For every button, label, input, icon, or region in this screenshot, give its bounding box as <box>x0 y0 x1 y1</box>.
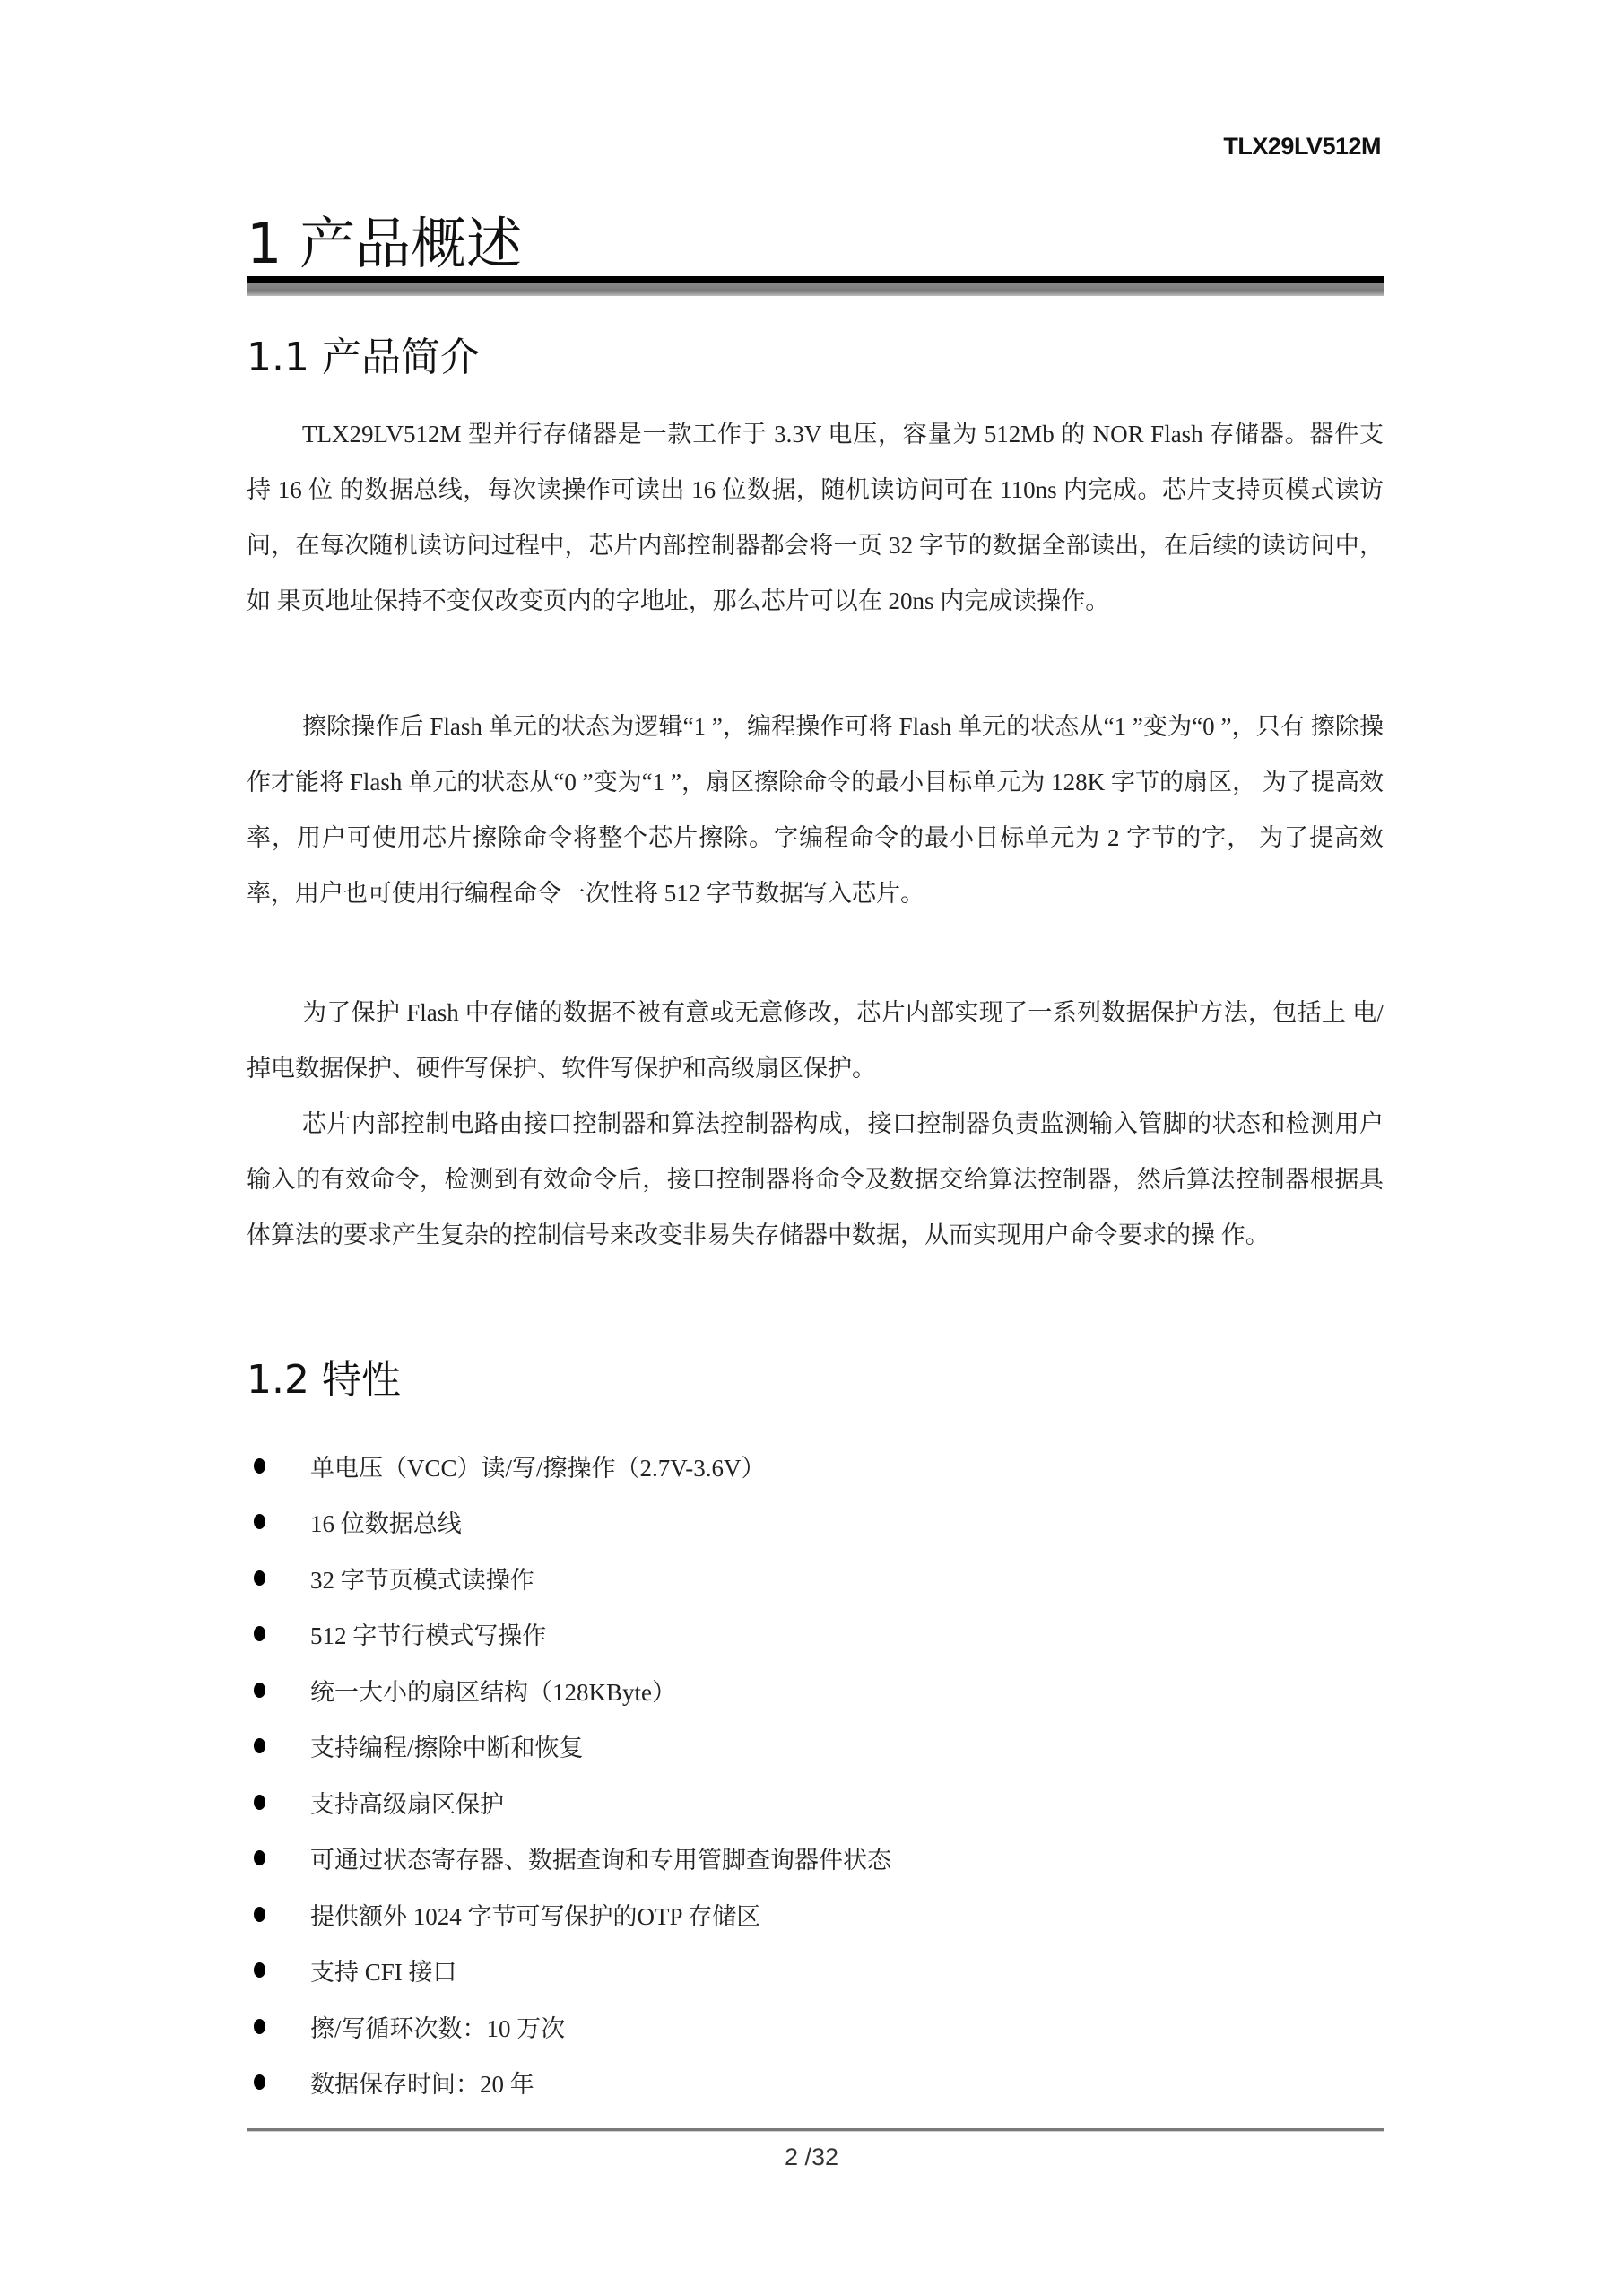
feature-list: 单电压（VCC）读/写/擦操作（2.7V-3.6V） 16 位数据总线 32 字… <box>247 1438 1384 2110</box>
bullet-icon <box>254 2019 265 2034</box>
bullet-icon <box>254 1683 265 1698</box>
bullet-icon <box>254 1514 265 1529</box>
section-title-intro: 1.1 产品简介 <box>247 325 480 382</box>
intro-paragraph: 芯片内部控制电路由接口控制器和算法控制器构成，接口控制器负责监测输入管脚的状态和… <box>247 1096 1384 1263</box>
feature-text: 512 字节行模式写操作 <box>310 1616 546 1651</box>
bullet-icon <box>254 1850 265 1865</box>
feature-item: 支持编程/擦除中断和恢复 <box>247 1718 1384 1775</box>
header-model-name: TLX29LV512M <box>1223 133 1381 161</box>
feature-text: 支持高级扇区保护 <box>310 1785 504 1820</box>
footer-divider <box>247 2128 1384 2131</box>
bullet-icon <box>254 1570 265 1586</box>
chapter-divider <box>247 276 1384 301</box>
feature-text: 提供额外 1024 字节可写保护的OTP 存储区 <box>310 1897 760 1932</box>
page-number: 2 /32 <box>0 2144 1623 2171</box>
section-title-features: 1.2 特性 <box>247 1347 401 1405</box>
feature-item: 单电压（VCC）读/写/擦操作（2.7V-3.6V） <box>247 1438 1384 1494</box>
feature-item: 提供额外 1024 字节可写保护的OTP 存储区 <box>247 1886 1384 1943</box>
feature-text: 支持 CFI 接口 <box>310 1952 457 1987</box>
intro-paragraph: TLX29LV512M 型并行存储器是一款工作于 3.3V 电压，容量为 512… <box>247 406 1384 629</box>
bullet-icon <box>254 1626 265 1641</box>
feature-text: 统一大小的扇区结构（128KByte） <box>310 1673 676 1708</box>
bullet-icon <box>254 2074 265 2090</box>
feature-item: 统一大小的扇区结构（128KByte） <box>247 1662 1384 1718</box>
feature-text: 支持编程/擦除中断和恢复 <box>310 1728 584 1763</box>
feature-text: 单电压（VCC）读/写/擦操作（2.7V-3.6V） <box>310 1448 766 1483</box>
feature-item: 支持 CFI 接口 <box>247 1943 1384 1999</box>
document-page: TLX29LV512M 1 产品概述 1.1 产品简介 TLX29LV512M … <box>0 0 1623 2296</box>
bullet-icon <box>254 1795 265 1810</box>
feature-item: 可通过状态寄存器、数据查询和专用管脚查询器件状态 <box>247 1831 1384 1887</box>
feature-text: 数据保存时间：20 年 <box>310 2065 534 2100</box>
bullet-icon <box>254 1962 265 1978</box>
chapter-divider-black <box>247 276 1384 283</box>
bullet-icon <box>254 1458 265 1474</box>
chapter-title: 1 产品概述 <box>247 199 522 279</box>
feature-item: 擦/写循环次数：10 万次 <box>247 1998 1384 2055</box>
feature-item: 32 字节页模式读操作 <box>247 1550 1384 1606</box>
feature-item: 支持高级扇区保护 <box>247 1774 1384 1831</box>
feature-text: 16 位数据总线 <box>310 1504 462 1539</box>
intro-paragraph: 擦除操作后 Flash 单元的状态为逻辑“1 ”，编程操作可将 Flash 单元… <box>247 699 1384 921</box>
feature-item: 数据保存时间：20 年 <box>247 2055 1384 2111</box>
feature-text: 可通过状态寄存器、数据查询和专用管脚查询器件状态 <box>310 1840 891 1875</box>
feature-text: 32 字节页模式读操作 <box>310 1561 534 1596</box>
chapter-divider-shadow <box>247 283 1384 296</box>
feature-item: 512 字节行模式写操作 <box>247 1606 1384 1663</box>
bullet-icon <box>254 1738 265 1753</box>
intro-paragraph: 为了保护 Flash 中存储的数据不被有意或无意修改，芯片内部实现了一系列数据保… <box>247 985 1384 1096</box>
feature-item: 16 位数据总线 <box>247 1494 1384 1551</box>
bullet-icon <box>254 1907 265 1922</box>
feature-text: 擦/写循环次数：10 万次 <box>310 2009 565 2044</box>
